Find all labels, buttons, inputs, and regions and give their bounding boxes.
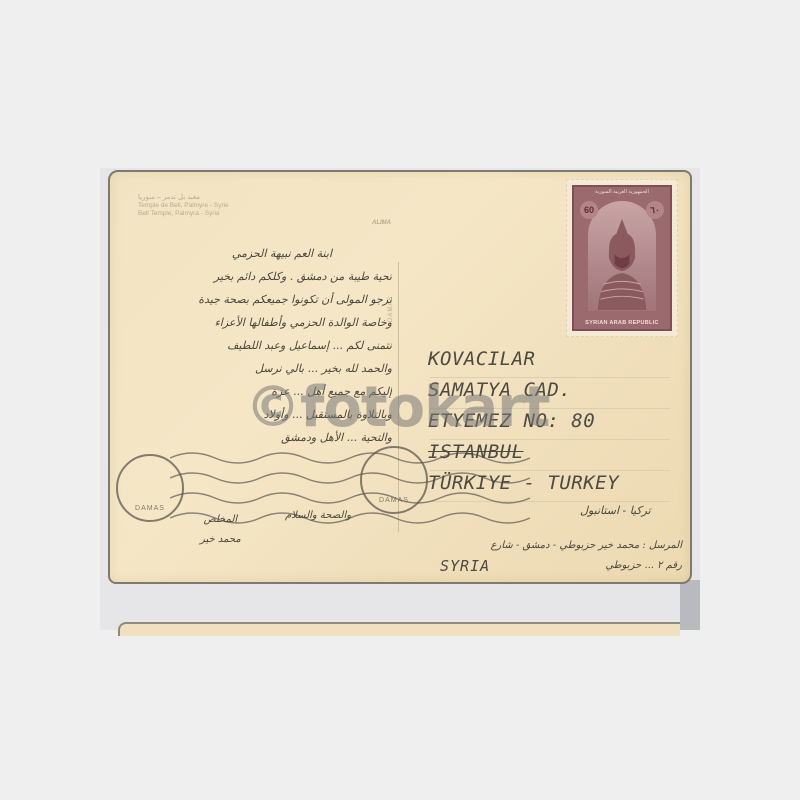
watermark: ©fotokart xyxy=(245,375,550,440)
publisher-logo: ALIMA xyxy=(372,220,391,226)
postmark: DAMAS xyxy=(116,454,184,522)
signature-line: المخلص xyxy=(200,510,241,530)
stamp-country: SYRIAN ARAB REPUBLIC xyxy=(574,320,670,326)
postmark-city: DAMAS xyxy=(362,497,426,504)
address-line: TÜRKIYE - TURKEY xyxy=(428,468,619,499)
signature: المخلص محمد خير xyxy=(200,510,241,550)
address-line: KOVACILAR xyxy=(428,344,619,375)
stamp-value-arabic: ٦٠ xyxy=(646,201,664,219)
message-heading: ابنة العم نبيهة الحزمي xyxy=(122,242,392,265)
stamp-value: 60 xyxy=(580,201,598,219)
message-closing: والصحة والسلام xyxy=(285,510,351,521)
message-line: نرجو المولى أن تكونوا جميعكم بصحة جيدة xyxy=(122,288,392,311)
postage-stamp: الجمهورية العربية السورية 60 ٦٠ SYRIAN A… xyxy=(566,179,678,337)
stamp-country-arabic: الجمهورية العربية السورية xyxy=(574,189,670,195)
warrior-portrait-icon xyxy=(594,217,650,310)
printed-caption: معبد بل تدمر – سوريا Temple de Bell, Pal… xyxy=(138,194,229,218)
second-postcard-edge xyxy=(118,622,680,636)
sender-line: المرسل : محمد خير حزبوطي - دمشق - شارع xyxy=(424,536,682,556)
caption-french: Temple de Bell, Palmyre - Syrie xyxy=(138,202,229,210)
address-arabic-country: تركيا - استانبول xyxy=(580,504,651,517)
scan-shadow xyxy=(680,580,700,630)
sender-country: SYRIA xyxy=(440,557,490,575)
message-line: تحية طيبة من دمشق . وكلكم دائم بخير xyxy=(122,265,392,288)
message-line: وخاصة الوالدة الحزمي وأطفالها الأعزاء xyxy=(122,311,392,334)
stamp-frame: الجمهورية العربية السورية 60 ٦٠ SYRIAN A… xyxy=(572,185,672,331)
caption-arabic: معبد بل تدمر – سوريا xyxy=(138,194,229,202)
signature-line: محمد خير xyxy=(200,530,241,550)
postmark: DAMAS xyxy=(360,446,428,514)
address-line: ISTANBUL xyxy=(428,437,619,468)
postmark-city: DAMAS xyxy=(118,505,182,512)
caption-english: Bell Temple, Palmyra - Syria xyxy=(138,210,229,218)
message-line: نتمنى لكم ... إسماعيل وعبد اللطيف xyxy=(122,334,392,357)
